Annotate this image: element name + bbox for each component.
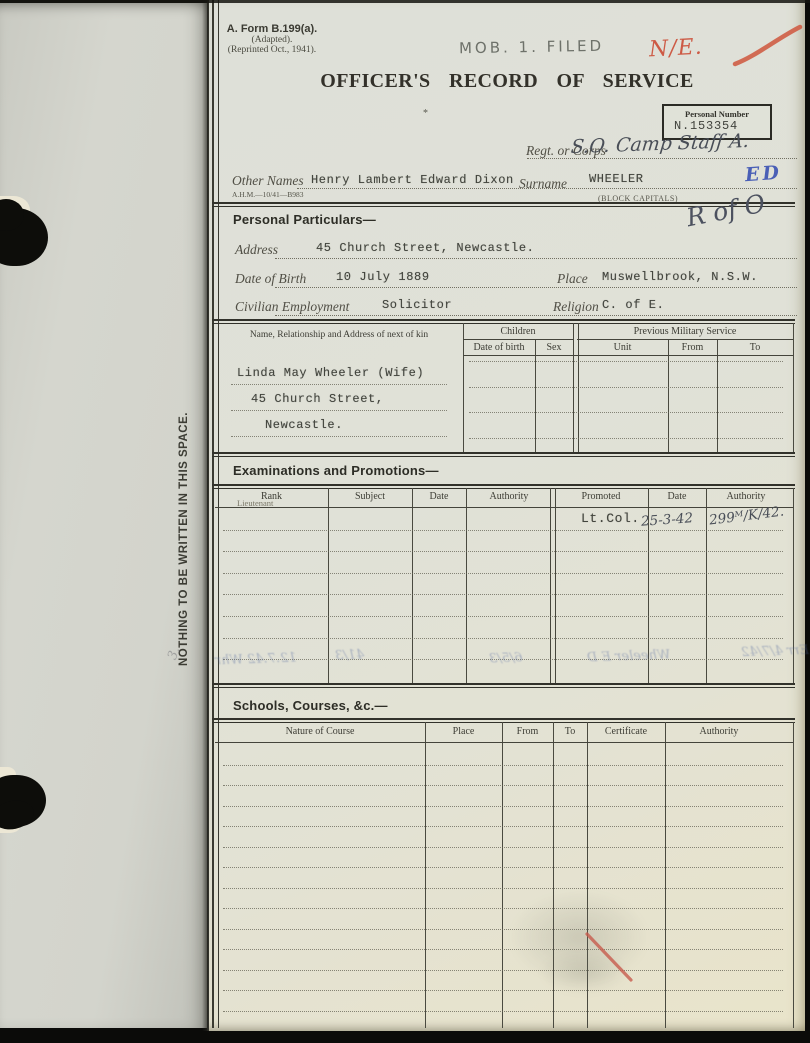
ink-bleed-through: 12.7.42 Whr [215, 651, 297, 669]
exam-col-date2: Date [648, 491, 706, 502]
margin-note-text: NOTHING TO BE WRITTEN IN THIS SPACE. [178, 392, 190, 666]
schools-col-authority: Authority [665, 726, 773, 737]
personal-number-label: Personal Number [664, 109, 770, 119]
personal-particulars-heading: Personal Particulars— [233, 212, 376, 227]
facing-page [0, 3, 207, 1028]
schools-heading: Schools, Courses, &c.— [233, 698, 388, 713]
mob-filed-annotation: MOB. 1. FILED [459, 37, 604, 58]
table-rule [793, 323, 794, 452]
religion-label: Religion [553, 299, 599, 315]
exam-col-subject: Subject [328, 491, 412, 502]
dob-value: 10 July 1889 [336, 270, 430, 284]
table-rule [215, 742, 793, 743]
other-names-value: Henry Lambert Edward Dixon [311, 173, 514, 187]
ruled-line [223, 970, 783, 971]
scanned-document: NOTHING TO BE WRITTEN IN THIS SPACE. 3, … [0, 0, 810, 1043]
ruled-line [223, 594, 783, 595]
section-divider [212, 452, 795, 457]
margin-note-vertical: NOTHING TO BE WRITTEN IN THIS SPACE. [178, 392, 200, 666]
ruled-line [223, 765, 783, 766]
page-title: OFFICER'S RECORD OF SERVICE [209, 70, 805, 93]
ruled-line [469, 387, 783, 388]
employment-label: Civilian Employment [235, 299, 349, 315]
red-checkmark [732, 20, 804, 68]
form-number-block: A. Form B.199(a). (Adapted). (Reprinted … [226, 23, 318, 55]
section-divider [212, 683, 795, 688]
ne-annotation: N/E. [648, 35, 703, 63]
regt-value-handwriting: S.O. Camp Staff A. [570, 130, 750, 158]
dob-label: Date of Birth [235, 271, 306, 287]
ruled-line [469, 438, 783, 439]
ruled-line [231, 436, 447, 437]
address-label: Address [235, 242, 278, 258]
ink-bleed-through: Wheeler E D [587, 648, 671, 666]
schools-col-from: From [502, 726, 553, 737]
ink-bleed-through: 6/5/3 [489, 650, 523, 666]
ruled-line [275, 287, 797, 288]
nok-entry-line: 45 Church Street, [251, 392, 384, 406]
ruled-line [223, 990, 783, 991]
schools-col-certificate: Certificate [587, 726, 665, 737]
form-reprinted: (Reprinted Oct., 1941). [226, 45, 318, 55]
address-value: 45 Church Street, Newcastle. [316, 241, 534, 255]
ruled-line [223, 530, 783, 531]
exam-col-authority2: Authority [706, 491, 786, 502]
ruled-line [231, 384, 447, 385]
exam-col-authority: Authority [466, 491, 552, 502]
examinations-heading: Examinations and Promotions— [233, 463, 439, 478]
ruled-line [223, 867, 783, 868]
ruled-line [223, 573, 783, 574]
nok-detail-rows [461, 336, 793, 440]
nok-entry-line: Newcastle. [265, 418, 343, 432]
red-stroke [579, 928, 641, 986]
ruled-line [223, 806, 783, 807]
employment-value: Solicitor [382, 298, 452, 312]
ruled-line [223, 929, 783, 930]
ruled-line [223, 551, 783, 552]
nok-name-col-header: Name, Relationship and Address of next o… [215, 330, 463, 340]
schools-col-place: Place [425, 726, 502, 737]
place-label: Place [557, 271, 588, 287]
other-names-label: Other Names [232, 173, 304, 189]
exam-col-promoted: Promoted [554, 491, 648, 502]
table-top-border [212, 484, 795, 489]
surname-value: WHEELER [589, 172, 644, 186]
asterisk-mark: * [423, 108, 428, 119]
r-of-o-annotation: R of O [684, 189, 768, 233]
exam-col-date: Date [412, 491, 466, 502]
ink-bleed-through: Err 4/7/42 [741, 643, 809, 660]
schools-col-nature: Nature of Course [215, 726, 425, 737]
religion-value: C. of E. [602, 298, 664, 312]
form-adapted: (Adapted). [226, 35, 318, 45]
ruled-line [223, 616, 783, 617]
exam-rank-entry: Lieutenant [237, 498, 273, 508]
ruled-line [275, 258, 797, 259]
form-page: A. Form B.199(a). (Adapted). (Reprinted … [209, 0, 805, 1031]
surname-label: Surname [519, 176, 567, 192]
table-top-border [212, 718, 795, 723]
ruled-line [223, 908, 783, 909]
blue-monogram: ED [744, 162, 782, 187]
printer-imprint: A.H.M.—10/41—B983 [232, 190, 303, 199]
ruled-line [223, 785, 783, 786]
place-value: Muswellbrook, N.S.W. [602, 270, 758, 284]
form-number: A. Form B.199(a). [226, 23, 318, 35]
table-rule [793, 722, 794, 1028]
schools-rows [215, 744, 793, 1028]
ruled-line [223, 847, 783, 848]
ruled-line [223, 949, 783, 950]
scan-edge [0, 0, 810, 3]
section-divider [212, 319, 795, 324]
ruled-line [223, 1011, 783, 1012]
ruled-line [223, 888, 783, 889]
ruled-line [231, 410, 447, 411]
ruled-line [469, 412, 783, 413]
ruled-line [275, 315, 797, 316]
ink-bleed-through: 41/3 [335, 647, 365, 663]
ruled-line [223, 638, 783, 639]
nok-entry-line: Linda May Wheeler (Wife) [237, 366, 424, 380]
ruled-line [223, 826, 783, 827]
ruled-line [469, 361, 783, 362]
schools-col-to: To [553, 726, 587, 737]
